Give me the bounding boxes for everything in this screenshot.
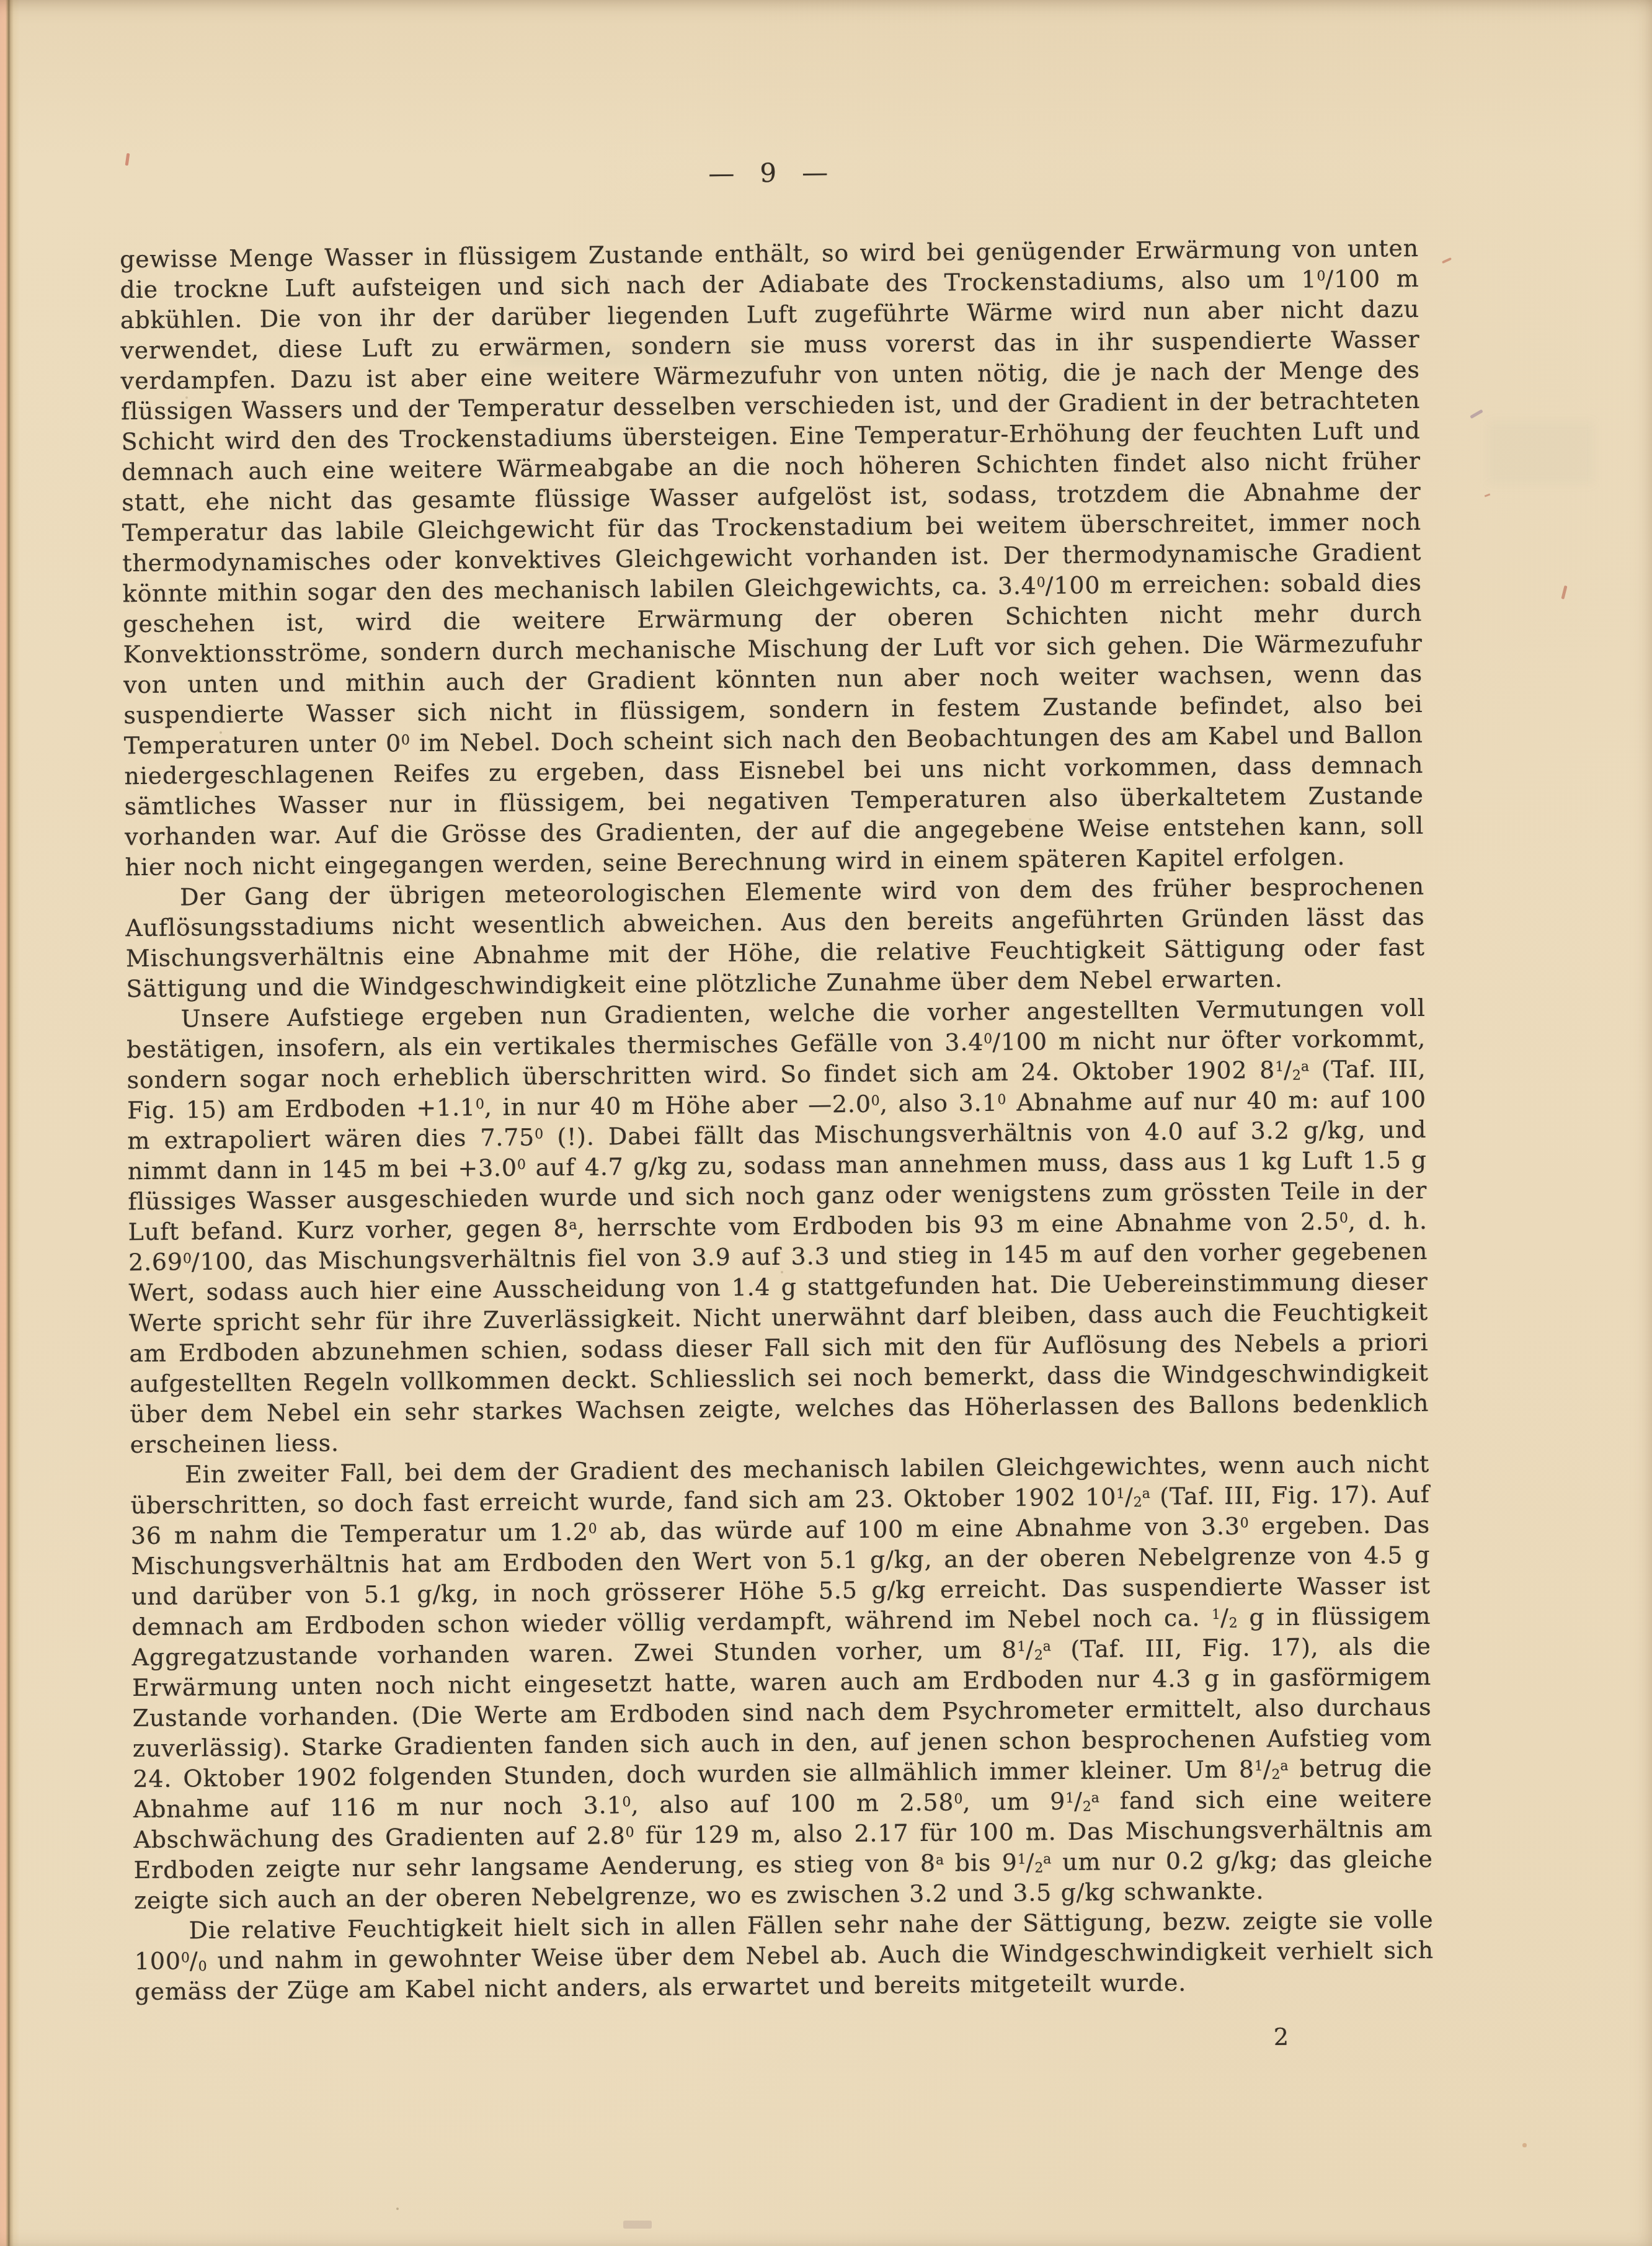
scan-artifact-speck <box>1522 2143 1527 2147</box>
signature-mark: 2 <box>135 2022 1434 2061</box>
paragraph-3: Unsere Aufstiege ergeben nun Gradienten,… <box>127 993 1429 1460</box>
paragraph-1: gewisse Menge Wasser in flüssigem Zustan… <box>120 233 1424 883</box>
header-dash-right: — <box>802 157 828 187</box>
scan-artifact-red-mark <box>1442 257 1452 264</box>
scan-artifact-red-mark <box>1485 494 1490 497</box>
paragraph-4: Ein zweiter Fall, bei dem der Gradient d… <box>130 1449 1433 1916</box>
scan-artifact-ghosting <box>1488 422 1594 484</box>
page-number: 9 <box>760 158 777 188</box>
header-dash-left: — <box>708 158 735 189</box>
scan-artifact-smudge <box>623 2221 652 2229</box>
scan-artifact-pencil-mark <box>1470 409 1483 419</box>
page-text: gewisse Menge Wasser in flüssigem Zustan… <box>120 233 1434 2007</box>
paragraph-2: Der Gang der übrigen meteorologischen El… <box>125 871 1426 1004</box>
scanned-book-page: { "page": { "header": { "left_dash": "—"… <box>0 0 1652 2246</box>
scan-artifact-red-mark <box>1561 586 1567 600</box>
adjacent-page-edge <box>0 0 20 2246</box>
paragraph-5: Die relative Feuchtigkeit hielt sich in … <box>134 1905 1434 2007</box>
page-header: —9— <box>119 153 1418 194</box>
printed-content: —9— gewisse Menge Wasser in flüssigem Zu… <box>119 153 1435 2061</box>
